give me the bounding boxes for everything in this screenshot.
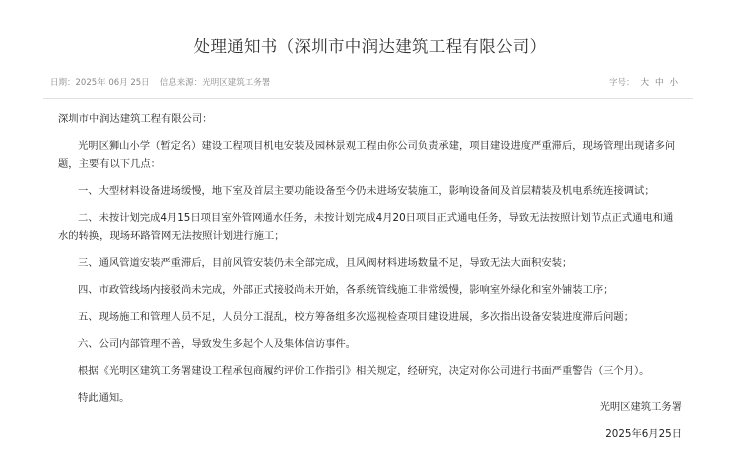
issuer-name: 光明区建筑工务署 bbox=[600, 398, 682, 416]
font-size-label: 字号： bbox=[609, 78, 635, 88]
issue-item-2: 二、未按计划完成4月15日项目室外管网通水任务，未按计划完成4月20日项目正式通… bbox=[58, 209, 680, 245]
issue-item-4: 四、市政管线场内接驳尚未完成，外部正式接驳尚未开始，各系统管线施工非常缓慢，影响… bbox=[58, 281, 680, 299]
page-title: 处理通知书（深圳市中润达建筑工程有限公司） bbox=[0, 36, 740, 58]
font-size-small-button[interactable]: 小 bbox=[669, 76, 678, 90]
date-label: 日期： bbox=[50, 78, 76, 88]
issue-date: 2025年6月25日 bbox=[600, 425, 682, 443]
intro-paragraph: 光明区狮山小学（暂定名）建设工程项目机电安装及园林景观工程由你公司负责承建，项目… bbox=[58, 137, 680, 173]
notice-body: 深圳市中润达建筑工程有限公司： 光明区狮山小学（暂定名）建设工程项目机电安装及园… bbox=[58, 110, 680, 416]
issue-item-1: 一、大型材料设备进场缓慢，地下室及首层主要功能设备至今仍未进场安装施工，影响设备… bbox=[58, 182, 680, 200]
decision-paragraph: 根据《光明区建筑工务署建设工程承包商履约评价工作指引》相关规定，经研究，决定对你… bbox=[58, 362, 680, 380]
meta-info: 日期：2025年 06月 25日信息来源：光明区建筑工务署 bbox=[50, 76, 270, 90]
issue-item-3: 三、通风管道安装严重滞后，目前风管安装仍未全部完成，且风阀材料进场数量不足，导致… bbox=[58, 254, 680, 272]
source-value: 光明区建筑工务署 bbox=[202, 78, 270, 88]
source-label: 信息来源： bbox=[160, 78, 203, 88]
font-size-large-button[interactable]: 大 bbox=[640, 76, 649, 90]
closing-line: 特此通知。 bbox=[58, 389, 680, 407]
issue-item-5: 五、现场施工和管理人员不足，人员分工混乱，校方筹备组多次巡视检查项目建设进展，多… bbox=[58, 308, 680, 326]
meta-bar: 日期：2025年 06月 25日信息来源：光明区建筑工务署 字号：大中小 bbox=[50, 76, 678, 90]
header-divider bbox=[43, 98, 693, 99]
salutation: 深圳市中润达建筑工程有限公司： bbox=[58, 110, 680, 128]
issue-item-6: 六、公司内部管理不善，导致发生多起个人及集体信访事件。 bbox=[58, 335, 680, 353]
font-size-control: 字号：大中小 bbox=[609, 76, 678, 90]
font-size-medium-button[interactable]: 中 bbox=[655, 76, 664, 90]
signature-block: 光明区建筑工务署 2025年6月25日 bbox=[600, 398, 682, 450]
date-value: 2025年 06月 25日 bbox=[76, 78, 150, 88]
